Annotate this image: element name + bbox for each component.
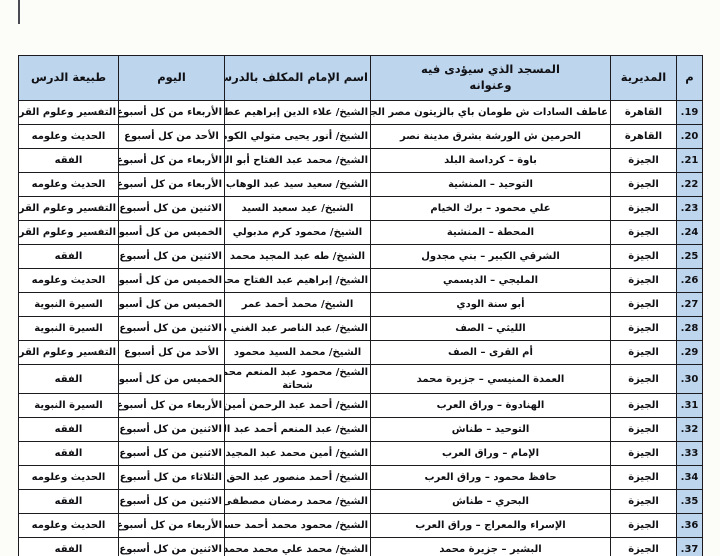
cell-directorate: الجيزة (611, 221, 677, 245)
cell-day: الأربعاء من كل أسبوع (119, 101, 225, 125)
cell-imam: الشيخ/ محمد علي محمد محمد قناوي (225, 538, 371, 556)
cell-number: 34. (677, 466, 703, 490)
cell-imam: الشيخ/ أحمد منصور عبد الحق حسن (225, 466, 371, 490)
cell-day: الأربعاء من كل أسبوع (119, 514, 225, 538)
cell-day: الأربعاء من كل أسبوع (119, 149, 225, 173)
cell-subject: الحديث وعلومه (19, 173, 119, 197)
cell-directorate: القاهرة (611, 125, 677, 149)
cell-number: 21. (677, 149, 703, 173)
cell-number: 19. (677, 101, 703, 125)
cell-day: الاثنين من كل أسبوع (119, 317, 225, 341)
cell-mosque: علي محمود – برك الخيام (371, 197, 611, 221)
cell-number: 26. (677, 269, 703, 293)
cell-directorate: الجيزة (611, 514, 677, 538)
cell-number: 22. (677, 173, 703, 197)
cell-directorate: الجيزة (611, 365, 677, 394)
cell-mosque: عاطف السادات ش طومان باي بالزيتون مصر ال… (371, 101, 611, 125)
cell-day: الخميس من كل أسبوع (119, 221, 225, 245)
cell-mosque: البحري – طناش (371, 490, 611, 514)
cell-subject: التفسير وعلوم القرآن (19, 101, 119, 125)
cell-subject: الفقه (19, 442, 119, 466)
cell-mosque: المحطة – المنشية (371, 221, 611, 245)
cell-subject: الفقه (19, 245, 119, 269)
cell-directorate: القاهرة (611, 101, 677, 125)
cell-imam: الشيخ/ سعيد سيد عبد الوهاب روبي (225, 173, 371, 197)
cell-number: 36. (677, 514, 703, 538)
table-row: 31.الجيزةالهنادوة – وراق العربالشيخ/ أحم… (19, 394, 703, 418)
cell-day: الاثنين من كل أسبوع (119, 490, 225, 514)
header-directorate: المديرية (611, 56, 677, 101)
cell-day: الاثنين من كل أسبوع (119, 245, 225, 269)
cell-subject: الفقه (19, 365, 119, 394)
cell-subject: التفسير وعلوم القرآن (19, 221, 119, 245)
cell-mosque: التوحيد – طناش (371, 418, 611, 442)
cell-imam: الشيخ/ عيد سعيد السيد (225, 197, 371, 221)
table-row: 37.الجيزةالبشير – جزيرة محمدالشيخ/ محمد … (19, 538, 703, 556)
header-imam: اسم الإمام المكلف بالدرس (225, 56, 371, 101)
cell-number: 37. (677, 538, 703, 556)
cell-imam: الشيخ/ محمد أحمد عمر (225, 293, 371, 317)
cell-mosque: الإمام – وراق العرب (371, 442, 611, 466)
cell-directorate: الجيزة (611, 490, 677, 514)
table-row: 21.الجيزةباوة – كرداسة البلدالشيخ/ محمد … (19, 149, 703, 173)
cell-day: الخميس من كل أسبوع (119, 365, 225, 394)
cell-day: الأربعاء من كل أسبوع (119, 173, 225, 197)
lessons-table: م المديرية المسجد الذي سيؤدى فيه وعنوانه… (18, 55, 703, 556)
cell-day: الأحد من كل أسبوع (119, 341, 225, 365)
cell-day: الاثنين من كل أسبوع (119, 418, 225, 442)
cell-directorate: الجيزة (611, 466, 677, 490)
cell-day: الاثنين من كل أسبوع (119, 197, 225, 221)
table-body: 19.القاهرةعاطف السادات ش طومان باي بالزي… (19, 101, 703, 556)
table-row: 32.الجيزةالتوحيد – طناشالشيخ/ عبد المنعم… (19, 418, 703, 442)
cell-imam: الشيخ/ محمود كرم مدبولي (225, 221, 371, 245)
cell-imam: الشيخ/ محمد عبد الفتاح أبو السعود (225, 149, 371, 173)
table-row: 34.الجيزةحافظ محمود – وراق العربالشيخ/ أ… (19, 466, 703, 490)
cell-imam: الشيخ/ إبراهيم عبد الفتاح محمد (225, 269, 371, 293)
cell-day: الأحد من كل أسبوع (119, 125, 225, 149)
cell-directorate: الجيزة (611, 341, 677, 365)
cell-imam: الشيخ/ علاء الدين إبراهيم عطية (225, 101, 371, 125)
cell-imam: الشيخ/ محمود محمد أحمد حسن (225, 514, 371, 538)
cell-number: 32. (677, 418, 703, 442)
cell-directorate: الجيزة (611, 245, 677, 269)
cell-mosque: العمدة المنيسي – جزيرة محمد (371, 365, 611, 394)
table-row: 26.الجيزةالمليجي – الديسميالشيخ/ إبراهيم… (19, 269, 703, 293)
cell-number: 25. (677, 245, 703, 269)
table-row: 24.الجيزةالمحطة – المنشيةالشيخ/ محمود كر… (19, 221, 703, 245)
cell-day: الأربعاء من كل أسبوع (119, 394, 225, 418)
table-row: 33.الجيزةالإمام – وراق العربالشيخ/ أمين … (19, 442, 703, 466)
table-row: 27.الجيزةأبو سنة الوديالشيخ/ محمد أحمد ع… (19, 293, 703, 317)
header-subject: طبيعة الدرس (19, 56, 119, 101)
table-row: 19.القاهرةعاطف السادات ش طومان باي بالزي… (19, 101, 703, 125)
header-mosque: المسجد الذي سيؤدى فيه وعنوانه (371, 56, 611, 101)
cell-directorate: الجيزة (611, 197, 677, 221)
cell-subject: الفقه (19, 538, 119, 556)
cell-subject: التفسير وعلوم القرآن (19, 341, 119, 365)
cell-imam: الشيخ/ محمد رمضان مصطفى عبد الوهاب (225, 490, 371, 514)
cell-imam: الشيخ/ أمين محمد عبد المجيد محمد (225, 442, 371, 466)
cell-mosque: المليجي – الديسمي (371, 269, 611, 293)
table-row: 22.الجيزةالتوحيد – المنشيةالشيخ/ سعيد سي… (19, 173, 703, 197)
table-row: 25.الجيزةالشرقي الكبير – بني مجدولالشيخ/… (19, 245, 703, 269)
cell-number: 30. (677, 365, 703, 394)
cell-day: الخميس من كل أسبوع (119, 293, 225, 317)
cell-mosque: الهنادوة – وراق العرب (371, 394, 611, 418)
cell-mosque: البشير – جزيرة محمد (371, 538, 611, 556)
cell-directorate: الجيزة (611, 317, 677, 341)
cell-directorate: الجيزة (611, 418, 677, 442)
cell-mosque: حافظ محمود – وراق العرب (371, 466, 611, 490)
cell-directorate: الجيزة (611, 442, 677, 466)
table-row: 35.الجيزةالبحري – طناشالشيخ/ محمد رمضان … (19, 490, 703, 514)
cell-subject: الفقه (19, 149, 119, 173)
cell-number: 31. (677, 394, 703, 418)
cell-directorate: الجيزة (611, 394, 677, 418)
cell-number: 23. (677, 197, 703, 221)
cell-imam: الشيخ/ عبد المنعم أحمد عبد المجيد حسن (225, 418, 371, 442)
cell-subject: الحديث وعلومه (19, 269, 119, 293)
cell-mosque: الشرقي الكبير – بني مجدول (371, 245, 611, 269)
cell-day: الثلاثاء من كل أسبوع (119, 466, 225, 490)
table-row: 28.الجيزةالليثي – الصفالشيخ/ عبد الناصر … (19, 317, 703, 341)
cell-directorate: الجيزة (611, 149, 677, 173)
table-row: 23.الجيزةعلي محمود – برك الخيامالشيخ/ عي… (19, 197, 703, 221)
cell-subject: السيرة النبوية (19, 293, 119, 317)
page-edge-mark (18, 0, 20, 24)
table-row: 29.الجيزةأم القرى – الصفالشيخ/ محمد السي… (19, 341, 703, 365)
cell-imam: الشيخ/ طه عبد المجيد محمد (225, 245, 371, 269)
table-row: 36.الجيزةالإسراء والمعراج – وراق العربال… (19, 514, 703, 538)
cell-directorate: الجيزة (611, 269, 677, 293)
cell-number: 20. (677, 125, 703, 149)
cell-imam: الشيخ/ أنور يحيى متولي الكومي (225, 125, 371, 149)
cell-mosque: التوحيد – المنشية (371, 173, 611, 197)
cell-subject: الحديث وعلومه (19, 466, 119, 490)
cell-directorate: الجيزة (611, 293, 677, 317)
cell-number: 29. (677, 341, 703, 365)
cell-number: 28. (677, 317, 703, 341)
cell-mosque: الحرمين ش الورشة بشرق مدينة نصر (371, 125, 611, 149)
cell-subject: الفقه (19, 490, 119, 514)
cell-imam: الشيخ/ عبد الناصر عبد الغني محمد (225, 317, 371, 341)
cell-mosque: الليثي – الصف (371, 317, 611, 341)
cell-day: الخميس من كل أسبوع (119, 269, 225, 293)
cell-number: 35. (677, 490, 703, 514)
header-day: اليوم (119, 56, 225, 101)
cell-imam: الشيخ/ محمد السيد محمود (225, 341, 371, 365)
table-header-row: م المديرية المسجد الذي سيؤدى فيه وعنوانه… (19, 56, 703, 101)
cell-day: الاثنين من كل أسبوع (119, 442, 225, 466)
cell-day: الاثنين من كل أسبوع (119, 538, 225, 556)
cell-mosque: أبو سنة الودي (371, 293, 611, 317)
table-row: 30.الجيزةالعمدة المنيسي – جزيرة محمدالشي… (19, 365, 703, 394)
cell-number: 27. (677, 293, 703, 317)
cell-mosque: باوة – كرداسة البلد (371, 149, 611, 173)
cell-mosque: أم القرى – الصف (371, 341, 611, 365)
cell-subject: الحديث وعلومه (19, 125, 119, 149)
cell-directorate: الجيزة (611, 538, 677, 556)
cell-subject: التفسير وعلوم القرآن (19, 197, 119, 221)
cell-number: 24. (677, 221, 703, 245)
cell-number: 33. (677, 442, 703, 466)
cell-directorate: الجيزة (611, 173, 677, 197)
document-page: م المديرية المسجد الذي سيؤدى فيه وعنوانه… (0, 0, 720, 556)
cell-subject: السيرة النبوية (19, 317, 119, 341)
cell-imam: الشيخ/ أحمد عبد الرحمن أمين إبراهيم (225, 394, 371, 418)
cell-subject: الفقه (19, 418, 119, 442)
cell-mosque: الإسراء والمعراج – وراق العرب (371, 514, 611, 538)
table-row: 20.القاهرةالحرمين ش الورشة بشرق مدينة نص… (19, 125, 703, 149)
cell-subject: الحديث وعلومه (19, 514, 119, 538)
header-number: م (677, 56, 703, 101)
cell-imam: الشيخ/ محمود عبد المنعم محمد السيد شحاتة (225, 365, 371, 394)
cell-subject: السيرة النبوية (19, 394, 119, 418)
